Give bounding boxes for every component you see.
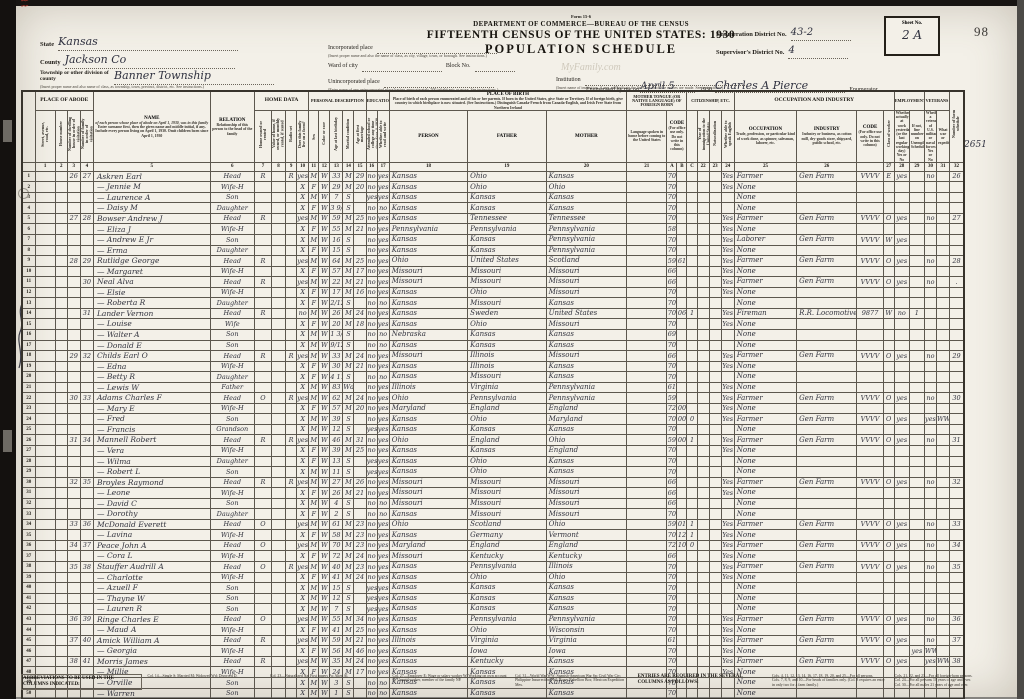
cell <box>797 266 857 277</box>
cell: yes <box>377 561 389 572</box>
cell: no <box>366 287 377 298</box>
census-row: 1130Neal AlvaHeadRyesMW22M21noyesMissour… <box>22 277 964 288</box>
cell <box>936 424 949 435</box>
cell <box>894 192 909 203</box>
census-row: 92829Rutlidge GeorgeHeadRyesMW64M25noyes… <box>22 256 964 267</box>
cell <box>709 572 721 583</box>
census-row: 35— LavinaWife-HXFW58M23noyesKansasGerma… <box>22 530 964 541</box>
cell <box>697 551 709 562</box>
block-label: Block No. <box>446 63 471 69</box>
cell: Missouri <box>546 287 627 298</box>
cell: Kansas <box>546 604 627 615</box>
cell <box>936 256 949 267</box>
cell <box>627 498 667 509</box>
cell <box>254 551 271 562</box>
cell <box>909 287 924 298</box>
cell <box>924 182 936 193</box>
cell <box>924 551 936 562</box>
cell <box>924 403 936 414</box>
cell: M <box>343 561 354 572</box>
census-row: 23— Mary EWife-HXFW57M20noyesMarylandEng… <box>22 403 964 414</box>
cell <box>35 351 55 362</box>
cell <box>687 393 697 404</box>
cell <box>709 266 721 277</box>
cell: None <box>734 424 796 435</box>
cell <box>709 213 721 224</box>
cell <box>697 329 709 340</box>
cell <box>687 625 697 636</box>
cell: no <box>924 393 936 404</box>
cell <box>894 593 909 604</box>
cell <box>35 372 55 383</box>
cell <box>286 329 297 340</box>
cell <box>272 593 286 604</box>
cell <box>697 414 709 425</box>
line-number: 34 <box>22 519 35 530</box>
cell <box>924 456 936 467</box>
cell <box>936 604 949 615</box>
cell <box>35 340 55 351</box>
cell: Farmer <box>734 213 796 224</box>
cell <box>627 319 667 330</box>
cell: M <box>343 614 354 625</box>
cell: Missouri <box>389 551 467 562</box>
incorporated-label: Incorporated place <box>328 45 373 51</box>
cell: M <box>309 340 319 351</box>
cell: Head <box>210 614 254 625</box>
cell: yes <box>894 477 909 488</box>
cell: 70 <box>667 625 677 636</box>
group-home-data: HOME DATA <box>254 91 308 110</box>
census-row: 15— LouiseWifeXFW20M18noyesKansasOhioMis… <box>22 319 964 330</box>
cell <box>709 445 721 456</box>
cell <box>697 583 709 594</box>
column-number: 2 <box>55 162 67 171</box>
cell <box>254 235 271 246</box>
cell: M <box>343 287 354 298</box>
cell <box>35 329 55 340</box>
cell: M <box>343 308 354 319</box>
cell <box>709 224 721 235</box>
cell: Ohio <box>389 256 467 267</box>
cell: no <box>366 171 377 182</box>
cell <box>697 171 709 182</box>
cell: no <box>924 540 936 551</box>
cell: 23 <box>354 540 366 551</box>
cell: Gen Farm <box>797 540 857 551</box>
cell <box>67 182 80 193</box>
cell: Missouri <box>468 477 546 488</box>
cell: Ohio <box>546 182 627 193</box>
cell: — Maud A <box>93 625 210 636</box>
cell: yes <box>377 182 389 193</box>
cell <box>894 509 909 520</box>
cell: W <box>319 519 330 530</box>
column-number: 28 <box>894 162 909 171</box>
cell: 01 <box>677 519 687 530</box>
cell: O <box>883 635 894 646</box>
col-war: What war or expedition <box>936 110 949 162</box>
cell: Pennsylvania <box>468 614 546 625</box>
cell <box>286 656 297 667</box>
cell: None <box>734 298 796 309</box>
cell: yes <box>366 604 377 615</box>
cell: Daughter <box>210 203 254 214</box>
cell <box>936 171 949 182</box>
film-edge-left <box>0 0 16 699</box>
cell: Kansas <box>389 467 467 478</box>
line-number: 43 <box>22 614 35 625</box>
cell <box>254 329 271 340</box>
cell <box>272 424 286 435</box>
cell: Bowser Andrew J <box>93 213 210 224</box>
cell <box>272 213 286 224</box>
cell <box>709 414 721 425</box>
cell: Yes <box>721 277 734 288</box>
cell: 29 <box>330 182 343 193</box>
cell <box>35 635 55 646</box>
cell: yes <box>377 308 389 319</box>
county-label: County <box>40 59 61 66</box>
cell: 22 <box>330 277 343 288</box>
cell <box>936 572 949 583</box>
cell: Yes <box>721 625 734 636</box>
cell: F <box>309 625 319 636</box>
cell <box>67 298 80 309</box>
cell: no <box>366 266 377 277</box>
cell: M <box>309 424 319 435</box>
cell: no <box>366 393 377 404</box>
sheet-value: 2 A <box>886 28 938 42</box>
cell: Farmer <box>734 635 796 646</box>
cell: 27 <box>80 171 93 182</box>
cell <box>67 340 80 351</box>
cell: 72 <box>667 403 677 414</box>
cell: S <box>343 583 354 594</box>
cell <box>272 256 286 267</box>
cell <box>936 329 949 340</box>
cell <box>35 213 55 224</box>
cell: W <box>319 540 330 551</box>
cell <box>894 245 909 256</box>
cell: S <box>343 340 354 351</box>
cell: yes <box>377 435 389 446</box>
cell: 33 <box>330 171 343 182</box>
col-school: Attended school or college any time sinc… <box>366 110 377 162</box>
cell: no <box>377 203 389 214</box>
cell: Yes <box>721 266 734 277</box>
cell: 9/12 <box>330 340 343 351</box>
cell <box>950 467 964 478</box>
cell <box>936 287 949 298</box>
cell <box>35 445 55 456</box>
cell <box>936 593 949 604</box>
cell <box>627 361 667 372</box>
cell: Ohio <box>546 519 627 530</box>
column-number: 6 <box>210 162 254 171</box>
cell: F <box>309 298 319 309</box>
cell <box>883 203 894 214</box>
cell: 61 <box>667 635 677 646</box>
cell <box>627 414 667 425</box>
cell <box>55 583 67 594</box>
cell: United States <box>546 308 627 319</box>
line-number: 41 <box>22 593 35 604</box>
cell: Wife-H <box>210 445 254 456</box>
cell <box>697 424 709 435</box>
cell <box>936 192 949 203</box>
cell <box>80 593 93 604</box>
cell: Farmer <box>734 614 796 625</box>
cell: 28 <box>80 213 93 224</box>
cell: yes <box>377 287 389 298</box>
cell <box>936 488 949 499</box>
cell: no <box>366 224 377 235</box>
cell: yes <box>377 540 389 551</box>
cell: — Eliza J <box>93 224 210 235</box>
cell <box>80 224 93 235</box>
cell <box>950 414 964 425</box>
cell <box>35 509 55 520</box>
cell <box>677 182 687 193</box>
cell: M <box>309 467 319 478</box>
cell <box>627 593 667 604</box>
cell: yes <box>377 445 389 456</box>
cell: 39 <box>80 614 93 625</box>
cell <box>909 393 924 404</box>
cell <box>721 192 734 203</box>
cell <box>677 171 687 182</box>
census-row: 303235Broyles RaymondHeadRRyesMW27M26noy… <box>22 477 964 488</box>
cell <box>286 256 297 267</box>
cell <box>909 583 924 594</box>
cell: yes <box>894 235 909 246</box>
cell: Kansas <box>389 361 467 372</box>
cell: 35 <box>80 477 93 488</box>
cell <box>797 361 857 372</box>
cell: X <box>297 456 309 467</box>
cell <box>936 245 949 256</box>
cell: Father <box>210 382 254 393</box>
cell: yes <box>377 572 389 583</box>
cell: M <box>343 635 354 646</box>
cell: 00 <box>677 403 687 414</box>
cell: Head <box>210 351 254 362</box>
cell: 70 <box>667 572 677 583</box>
cell: Kansas <box>468 203 546 214</box>
cell: 37 <box>80 540 93 551</box>
cell: M <box>343 213 354 224</box>
cell: 10 <box>677 540 687 551</box>
cell <box>909 414 924 425</box>
cell: Gen Farm <box>797 171 857 182</box>
cell <box>80 530 93 541</box>
cell: Ohio <box>468 287 546 298</box>
cell <box>950 203 964 214</box>
cell <box>67 414 80 425</box>
column-number: 13 <box>330 162 343 171</box>
cell: Wife-H <box>210 266 254 277</box>
cell: X <box>297 382 309 393</box>
cell: Kansas <box>389 561 467 572</box>
cell <box>286 646 297 657</box>
cell <box>80 572 93 583</box>
cell: Farmer <box>734 277 796 288</box>
cell <box>909 182 924 193</box>
cell <box>272 182 286 193</box>
cell: None <box>734 551 796 562</box>
cell: X <box>297 403 309 414</box>
cell <box>936 340 949 351</box>
cell <box>354 509 366 520</box>
cell <box>687 287 697 298</box>
line-number: 1 <box>22 171 35 182</box>
cell: M <box>309 329 319 340</box>
cell <box>80 266 93 277</box>
cell: Ohio <box>468 414 546 425</box>
cell <box>721 340 734 351</box>
cell <box>936 561 949 572</box>
column-number: 16 <box>366 162 377 171</box>
cell: 57 <box>330 266 343 277</box>
column-number <box>22 162 35 171</box>
cell <box>857 583 883 594</box>
cell: R <box>286 477 297 488</box>
cell <box>677 551 687 562</box>
cell: 20 <box>330 319 343 330</box>
cell: W <box>319 625 330 636</box>
cell: Ohio <box>546 435 627 446</box>
cell: no <box>366 277 377 288</box>
cell: W <box>319 530 330 541</box>
cell: Amick William A <box>93 635 210 646</box>
cell <box>677 424 687 435</box>
cell: 1 <box>687 519 697 530</box>
cell: W <box>319 488 330 499</box>
cell: 2/12 <box>330 298 343 309</box>
cell: W <box>319 614 330 625</box>
census-row: 27— VeraWife-HXFW39M25noyesKansasKansasE… <box>22 445 964 456</box>
cell <box>80 192 93 203</box>
cell <box>254 424 271 435</box>
cell <box>797 551 857 562</box>
cell: yes <box>894 435 909 446</box>
cell <box>936 646 949 657</box>
cell: O <box>883 435 894 446</box>
cell: W <box>319 192 330 203</box>
cell <box>627 213 667 224</box>
cell: W <box>319 235 330 246</box>
cell <box>936 551 949 562</box>
cell <box>709 561 721 572</box>
cell: Kansas <box>389 340 467 351</box>
cell <box>909 540 924 551</box>
cell: 66 <box>667 477 677 488</box>
cell <box>272 224 286 235</box>
cell: — Donald E <box>93 340 210 351</box>
cell: W <box>319 245 330 256</box>
cell <box>936 625 949 636</box>
cell: no <box>366 256 377 267</box>
cell: VVVV <box>857 540 883 551</box>
cell <box>80 488 93 499</box>
cell <box>55 540 67 551</box>
cell <box>354 192 366 203</box>
cell: yes <box>297 540 309 551</box>
cell: 24 <box>354 308 366 319</box>
cell: VVVV <box>857 351 883 362</box>
cell: yes <box>366 424 377 435</box>
cell: S <box>343 329 354 340</box>
cell <box>67 646 80 657</box>
cell <box>272 372 286 383</box>
cell: Farmer <box>734 435 796 446</box>
cell <box>909 498 924 509</box>
cell <box>687 351 697 362</box>
cell: 70 <box>667 646 677 657</box>
cell: yes <box>366 192 377 203</box>
cell: X <box>297 182 309 193</box>
cell <box>55 171 67 182</box>
cell <box>35 393 55 404</box>
cell: Maryland <box>389 540 467 551</box>
cell <box>857 424 883 435</box>
cell <box>67 319 80 330</box>
cell <box>80 245 93 256</box>
cell: S <box>343 456 354 467</box>
cell <box>677 393 687 404</box>
cell: Germany <box>468 530 546 541</box>
cell <box>55 351 67 362</box>
cell: Farmer <box>734 561 796 572</box>
cell <box>709 351 721 362</box>
cell: Missouri <box>468 488 546 499</box>
cell <box>67 192 80 203</box>
cell: W <box>319 445 330 456</box>
cell <box>286 583 297 594</box>
cell <box>677 224 687 235</box>
film-notch <box>3 430 12 452</box>
cell <box>627 614 667 625</box>
cell <box>697 656 709 667</box>
cell: W <box>319 319 330 330</box>
line-number: 31 <box>22 488 35 499</box>
cell <box>55 551 67 562</box>
cell <box>687 245 697 256</box>
cell <box>909 361 924 372</box>
cell <box>80 583 93 594</box>
cell <box>35 266 55 277</box>
cell <box>80 203 93 214</box>
cell: Missouri <box>546 319 627 330</box>
cell <box>950 488 964 499</box>
cell <box>894 298 909 309</box>
cell <box>857 509 883 520</box>
cell: Peace John A <box>93 540 210 551</box>
cell: Sweden <box>468 308 546 319</box>
cell: 26 <box>950 171 964 182</box>
cell: Missouri <box>389 488 467 499</box>
cell: X <box>297 340 309 351</box>
cell <box>55 203 67 214</box>
cell <box>272 656 286 667</box>
cell: Gen Farm <box>797 435 857 446</box>
cell <box>950 235 964 246</box>
cell: Kansas <box>389 572 467 583</box>
cell: 31 <box>80 308 93 319</box>
cell <box>687 340 697 351</box>
cell: Gen Farm <box>797 561 857 572</box>
